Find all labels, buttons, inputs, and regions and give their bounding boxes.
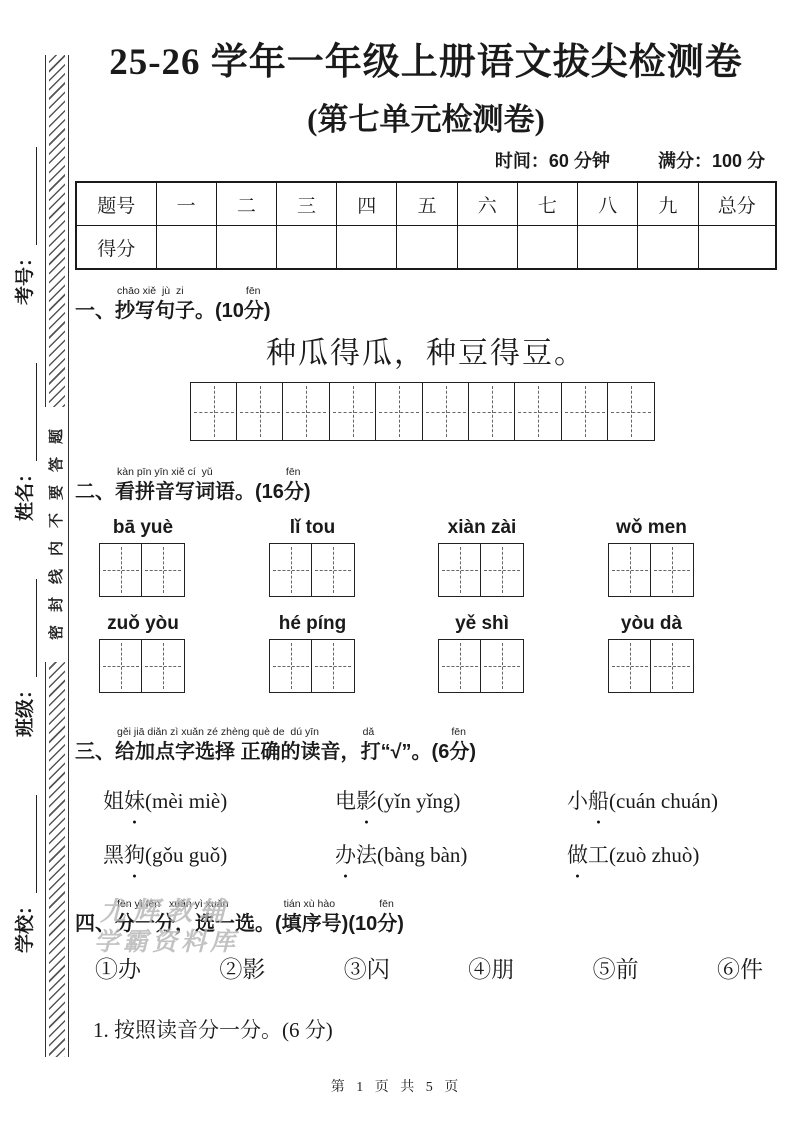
- writing-box: [282, 382, 330, 441]
- copy-sentence: 种瓜得瓜，种豆得豆。: [75, 328, 777, 372]
- tianzige-box: [480, 639, 524, 693]
- numbered-item: ③闪: [344, 951, 390, 984]
- numbered-item: ⑥件: [717, 951, 763, 984]
- heading-text: 给加点字选择 正确的读音，: [115, 739, 361, 765]
- examno-label: 考号：: [10, 248, 37, 305]
- score-row-label: 得分: [76, 226, 156, 270]
- pinyin-annotation: gěi jiā diǎn zì xuǎn zé zhèng què de dú …: [115, 725, 319, 739]
- item-options: (yǐn yǐng): [377, 789, 460, 813]
- pinyin-annotation: [264, 284, 266, 298]
- name-label: 姓名：: [10, 464, 37, 521]
- tianzige-box: [141, 543, 185, 597]
- heading-text: 分一分，选一选。: [115, 911, 275, 937]
- pinyin-word-item: zuǒ yòu: [99, 613, 269, 693]
- writing-box: [190, 382, 238, 441]
- score-table: 题号 一 二 三 四 五 六 七 八 九 总分 得分: [75, 181, 777, 270]
- heading-text: 看拼音写词语。: [115, 479, 255, 505]
- score-empty-cell: [156, 226, 216, 270]
- pinyin-word-item: bā yuè: [99, 517, 269, 597]
- pinyin-annotation: [381, 725, 383, 739]
- heading-text: 一、: [75, 298, 115, 324]
- score-header-cell: 三: [276, 182, 336, 226]
- heading-text: 填序号: [282, 911, 342, 937]
- tianzige-box: [480, 543, 524, 597]
- item-options: (mèi miè): [145, 789, 227, 813]
- writing-box: [236, 382, 284, 441]
- numbered-item: ④朋: [468, 951, 514, 984]
- score-header-cell: 二: [216, 182, 276, 226]
- pinyin-word: yòu dà: [608, 613, 696, 635]
- score-header-cell: 四: [337, 182, 397, 226]
- seal-line-text: 密封线内不要答题: [42, 407, 68, 662]
- heading-text: )(10: [342, 911, 378, 937]
- pinyin-word: yě shì: [438, 613, 526, 635]
- item-word-char-dotted: 狗: [124, 839, 145, 869]
- heading-text: (10: [215, 298, 244, 324]
- writing-box: [607, 382, 655, 441]
- score-empty-cell: [457, 226, 517, 270]
- tianzige-box: [438, 543, 482, 597]
- pronunciation-row-2: 黑狗(gǒu guǒ) 办法(bàng bàn) 做工(zuò zhuò): [75, 839, 777, 869]
- class-label: 班级：: [10, 680, 37, 737]
- item-word-char: 电: [335, 789, 356, 813]
- heading-text: 三、: [75, 739, 115, 765]
- pinyin-annotation: [75, 284, 77, 298]
- item-word-char: 小: [567, 789, 588, 813]
- score-empty-cell: [578, 226, 638, 270]
- section4-heading: 四、fēn yì fēn xuǎn yì xuǎn分一分，选一选。(tián x…: [75, 897, 777, 937]
- tianzige-box: [438, 639, 482, 693]
- tianzige-box: [650, 543, 694, 597]
- sidebar-student-fields: 学校： 班级： 姓名： 考号：: [3, 60, 43, 1040]
- pinyin-annotation: kàn pīn yīn xiě cí yǔ: [115, 465, 213, 479]
- pinyin-annotation: dǎ: [361, 725, 375, 739]
- school-label: 学校：: [10, 896, 37, 953]
- pinyin-annotation: chāo xiě jù zi: [115, 284, 184, 298]
- section3-heading: 三、gěi jiā diǎn zì xuǎn zé zhèng què de d…: [75, 725, 777, 765]
- page-title: 25-26 学年一年级上册语文拔尖检测卷: [75, 40, 777, 86]
- item-options: (bàng bàn): [377, 843, 467, 867]
- score-empty-cell: [337, 226, 397, 270]
- pinyin-annotation: [215, 284, 217, 298]
- heading-text: 分: [449, 739, 469, 765]
- score-empty-cell: [397, 226, 457, 270]
- heading-text: 二、: [75, 479, 115, 505]
- writing-box: [468, 382, 516, 441]
- pinyin-annotation: [255, 465, 257, 479]
- fullscore-label: 满分：100 分: [658, 147, 765, 173]
- score-header-cell: 六: [457, 182, 517, 226]
- tianzige-box: [269, 543, 313, 597]
- item-word-char-dotted: 做: [567, 839, 588, 869]
- pinyin-annotation: fēn: [377, 897, 394, 911]
- tianzige-box: [650, 639, 694, 693]
- tianzige-box: [269, 639, 313, 693]
- score-header-cell: 五: [397, 182, 457, 226]
- score-empty-cell: [216, 226, 276, 270]
- tianzige-box: [608, 639, 652, 693]
- pinyin-annotation: [342, 897, 344, 911]
- score-header-cell: 总分: [698, 182, 776, 226]
- pronunciation-item: 电影(yǐn yǐng): [335, 785, 567, 815]
- writing-box: [514, 382, 562, 441]
- pinyin-word-item: yě shì: [438, 613, 608, 693]
- sub-question-1: 1. 按照读音分一分。(6 分): [75, 1014, 777, 1044]
- pinyin-word-item: lǐ tou: [269, 517, 439, 597]
- score-header-cell: 七: [517, 182, 577, 226]
- tianzige-box: [311, 639, 355, 693]
- pronunciation-item: 小船(cuán chuán): [567, 785, 718, 815]
- pinyin-annotation: fēn: [244, 284, 261, 298]
- tianzige-box: [141, 639, 185, 693]
- score-empty-cell: [517, 226, 577, 270]
- pinyin-word-item: xiàn zài: [438, 517, 608, 597]
- writing-box: [561, 382, 609, 441]
- copy-writing-grid: [190, 382, 663, 441]
- tianzige-box: [608, 543, 652, 597]
- pinyin-word-row-2: zuǒ yòu hé píng yě shì yòu dà: [75, 613, 777, 693]
- pinyin-word-item: wǒ men: [608, 517, 778, 597]
- heading-text: 分: [244, 298, 264, 324]
- sidebar-field-examno: 考号：: [10, 147, 37, 305]
- pronunciation-item: 办法(bàng bàn): [335, 839, 567, 869]
- score-header-cell: 题号: [76, 182, 156, 226]
- pinyin-word-item: hé píng: [269, 613, 439, 693]
- pinyin-word: bā yuè: [99, 517, 187, 539]
- heading-text: 四、: [75, 911, 115, 937]
- page-subtitle: (第七单元检测卷): [75, 94, 777, 139]
- item-word-char: 黑: [103, 843, 124, 867]
- school-blank-line: [16, 795, 37, 893]
- score-empty-cell: [638, 226, 698, 270]
- pronunciation-item: 姐妹(mèi miè): [103, 785, 335, 815]
- score-header-cell: 八: [578, 182, 638, 226]
- pinyin-annotation: tián xù hào: [282, 897, 335, 911]
- pronunciation-row-1: 姐妹(mèi miè) 电影(yǐn yǐng) 小船(cuán chuán): [75, 785, 777, 815]
- item-options: (gǒu guǒ): [145, 843, 227, 867]
- item-word-char: 法: [356, 843, 377, 867]
- pinyin-word: lǐ tou: [269, 517, 357, 539]
- heading-text: ): [264, 298, 271, 324]
- pinyin-word: wǒ men: [608, 517, 696, 539]
- tianzige-box: [311, 543, 355, 597]
- item-word-char-dotted: 影: [356, 785, 377, 815]
- pinyin-annotation: fēn yì fēn xuǎn yì xuǎn: [115, 897, 229, 911]
- score-empty-cell: [698, 226, 776, 270]
- tianzige-box: [99, 639, 143, 693]
- score-table-score-row: 得分: [76, 226, 776, 270]
- writing-box: [375, 382, 423, 441]
- pinyin-annotation: [397, 897, 399, 911]
- pinyin-annotation: fēn: [284, 465, 301, 479]
- pinyin-word-item: yòu dà: [608, 613, 778, 693]
- heading-text: 分: [284, 479, 304, 505]
- sidebar-field-name: 姓名：: [10, 363, 37, 521]
- pinyin-annotation: [469, 725, 471, 739]
- time-label: 时间：60 分钟: [495, 147, 610, 173]
- score-empty-cell: [276, 226, 336, 270]
- pronunciation-item: 黑狗(gǒu guǒ): [103, 839, 335, 869]
- item-word-char-dotted: 妹: [124, 785, 145, 815]
- item-word-char: 工: [588, 843, 609, 867]
- sidebar-field-class: 班级：: [10, 579, 37, 737]
- pronunciation-item: 做工(zuò zhuò): [567, 839, 699, 869]
- pinyin-word: hé píng: [269, 613, 357, 635]
- heading-text: (16: [255, 479, 284, 505]
- heading-text: ): [469, 739, 476, 765]
- pinyin-annotation: [275, 897, 277, 911]
- pinyin-annotation: [75, 725, 77, 739]
- examno-blank-line: [16, 147, 37, 245]
- page-footer: 第 1 页 共 5 页: [0, 1076, 793, 1096]
- item-word-char-dotted: 办: [335, 839, 356, 869]
- item-word-char: 姐: [103, 789, 124, 813]
- item-options: (cuán chuán): [609, 789, 718, 813]
- name-blank-line: [16, 363, 37, 461]
- writing-box: [422, 382, 470, 441]
- heading-text: 抄写句子。: [115, 298, 215, 324]
- heading-text: ): [397, 911, 404, 937]
- section1-heading: 一、chāo xiě jù zi抄写句子。(10fēn分): [75, 284, 777, 324]
- pinyin-annotation: [304, 465, 306, 479]
- item-options: (zuò zhuò): [609, 843, 699, 867]
- numbered-item: ⑤前: [593, 951, 639, 984]
- numbered-item: ②影: [219, 951, 265, 984]
- numbered-item: ①办: [95, 951, 141, 984]
- pinyin-annotation: [75, 465, 77, 479]
- pinyin-word: xiàn zài: [438, 517, 526, 539]
- score-table-header-row: 题号 一 二 三 四 五 六 七 八 九 总分: [76, 182, 776, 226]
- score-header-cell: 一: [156, 182, 216, 226]
- tianzige-box: [99, 543, 143, 597]
- section2-heading: 二、kàn pīn yīn xiě cí yǔ看拼音写词语。(16fēn分): [75, 465, 777, 505]
- numbered-character-items: ①办 ②影 ③闪 ④朋 ⑤前 ⑥件: [75, 951, 777, 984]
- heading-text: ): [304, 479, 311, 505]
- sidebar-field-school: 学校：: [10, 795, 37, 953]
- item-word-char-dotted: 船: [588, 785, 609, 815]
- writing-box: [329, 382, 377, 441]
- pinyin-word: zuǒ yòu: [99, 613, 187, 635]
- exam-paper: 25-26 学年一年级上册语文拔尖检测卷 (第七单元检测卷) 时间：60 分钟 …: [75, 40, 777, 1044]
- pinyin-annotation: [75, 897, 77, 911]
- pinyin-word-row-1: bā yuè lǐ tou xiàn zài wǒ men: [75, 517, 777, 597]
- heading-text: 打: [361, 739, 381, 765]
- class-blank-line: [16, 579, 37, 677]
- heading-text: (: [275, 911, 282, 937]
- heading-text: “√”。(6: [381, 739, 450, 765]
- score-header-cell: 九: [638, 182, 698, 226]
- exam-meta: 时间：60 分钟 满分：100 分: [75, 147, 777, 173]
- heading-text: 分: [377, 911, 397, 937]
- pinyin-annotation: fēn: [449, 725, 466, 739]
